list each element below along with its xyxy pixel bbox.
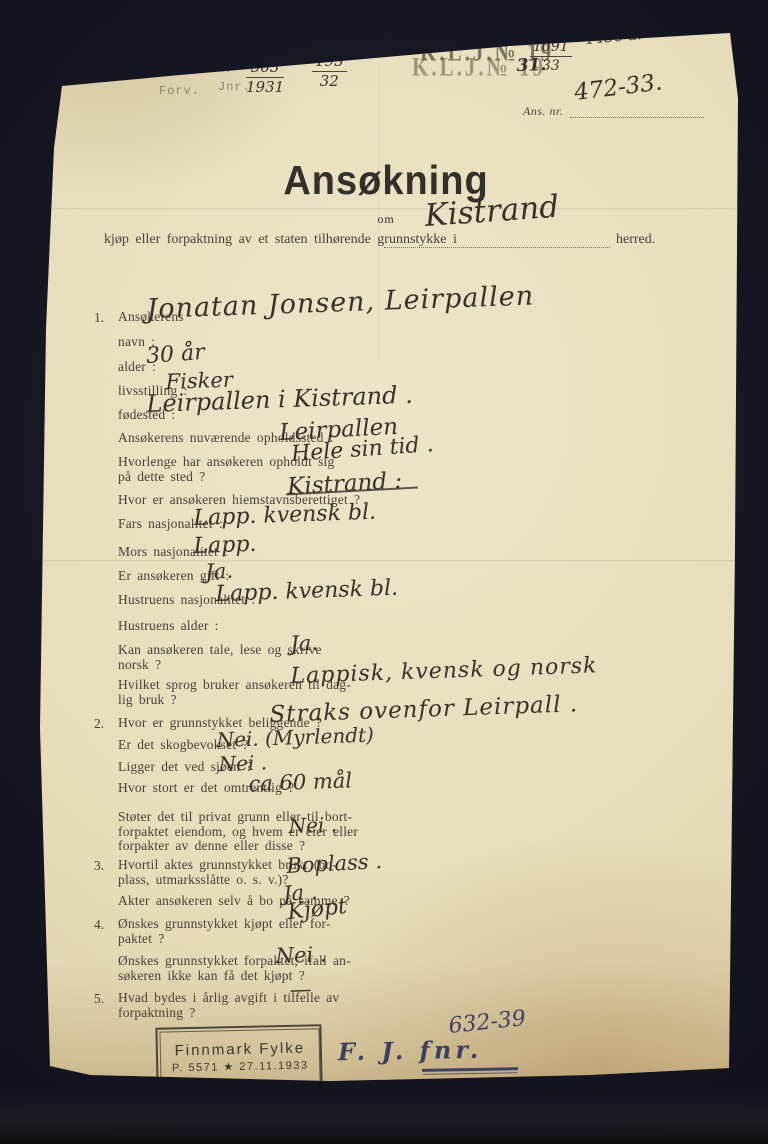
answer-stoter: Nei . <box>288 812 337 838</box>
answer-forpaktet-ifall: Nei . <box>275 942 327 968</box>
answer-storrelse: ca 60 mål <box>248 768 352 796</box>
answer-hustruens-nasjonalitet: Lapp. kvensk bl. <box>215 576 398 607</box>
answer-fars-nasjonalitet: Lapp. kvensk bl. <box>193 500 376 531</box>
journal-stamp-number: 632-39 <box>447 1006 527 1039</box>
scanner-bed-shadow <box>0 1090 768 1144</box>
answer-navn: Jonatan Jonsen, Leirpallen <box>146 280 535 325</box>
answer-mors-nasjonalitet: Lapp. <box>193 532 257 559</box>
item-number-2: 2. <box>94 716 104 732</box>
page-title: Ansøkning <box>30 158 742 204</box>
klj-handwritten-year: 31. <box>516 55 546 76</box>
journal-ref-frac2-numerator: 193 <box>312 54 347 72</box>
klj-handwritten-note: 1456 a. <box>584 25 642 48</box>
ans-nr-value: 472-33. <box>573 69 664 106</box>
answer-hvortil-brukt: Boplass . <box>286 849 383 878</box>
journal-ref-frac2-denominator: 32 <box>312 72 347 89</box>
answer-norsk: Ja. <box>290 631 319 656</box>
office-stamp-line2: Forv. <box>159 84 200 98</box>
journal-ref-fraction-1: 363 1931 <box>246 60 284 95</box>
item-number-4: 4. <box>94 917 104 933</box>
answer-skogbevokset: Nei. (Myrlendt) <box>216 723 374 752</box>
fold-crease-top <box>30 208 742 211</box>
answer-sprog: Lappisk, kvensk og norsk <box>290 653 598 689</box>
fold-crease-middle <box>30 560 742 563</box>
journal-ref-frac1-numerator: 363 <box>246 60 284 78</box>
journal-stamp-text: F. J. fnr. <box>338 1035 483 1067</box>
answer-alder: 30 år <box>145 340 205 369</box>
office-stamp-line1: M. Finnm. <box>159 62 233 76</box>
field-label-hustruens-alder: Hustruens alder : <box>118 619 219 634</box>
county-stamp-name: Finnmark Fylke <box>174 1040 305 1060</box>
item-number-5: 5. <box>94 991 104 1007</box>
answer-gift: Ja. <box>205 559 234 584</box>
paper-sheet: M. Finnm. Forv. Jnr. 363 1931 193 32 K.L… <box>30 28 742 1090</box>
answer-kjopt-eller-forpaktet: Kjøpt <box>286 894 348 925</box>
item-number-1: 1. <box>94 310 104 326</box>
intro-text-after: herred. <box>616 232 655 248</box>
ans-nr-dotted-line <box>570 116 704 118</box>
item-number-3: 3. <box>94 858 104 874</box>
title-subtitle: om <box>30 212 742 227</box>
journal-ref-fraction-2: 193 32 <box>312 54 347 89</box>
answer-hiemstavn: Kistrand : <box>287 468 403 500</box>
journal-stamp-underline <box>422 1067 518 1072</box>
answer-aarlig-avgift: — <box>289 977 312 1003</box>
county-stamp-inner-border: Finnmark Fylke P. 5571 ★ 27.11.1933 <box>159 1028 320 1085</box>
journal-ref-frac1-denominator: 1931 <box>246 78 284 95</box>
county-stamp-box: Finnmark Fylke P. 5571 ★ 27.11.1933 <box>155 1024 322 1087</box>
county-stamp-date: P. 5571 ★ 27.11.1933 <box>172 1059 309 1075</box>
ans-nr-label: Ans. nr. <box>523 104 563 119</box>
intro-dotted-line <box>384 246 610 248</box>
